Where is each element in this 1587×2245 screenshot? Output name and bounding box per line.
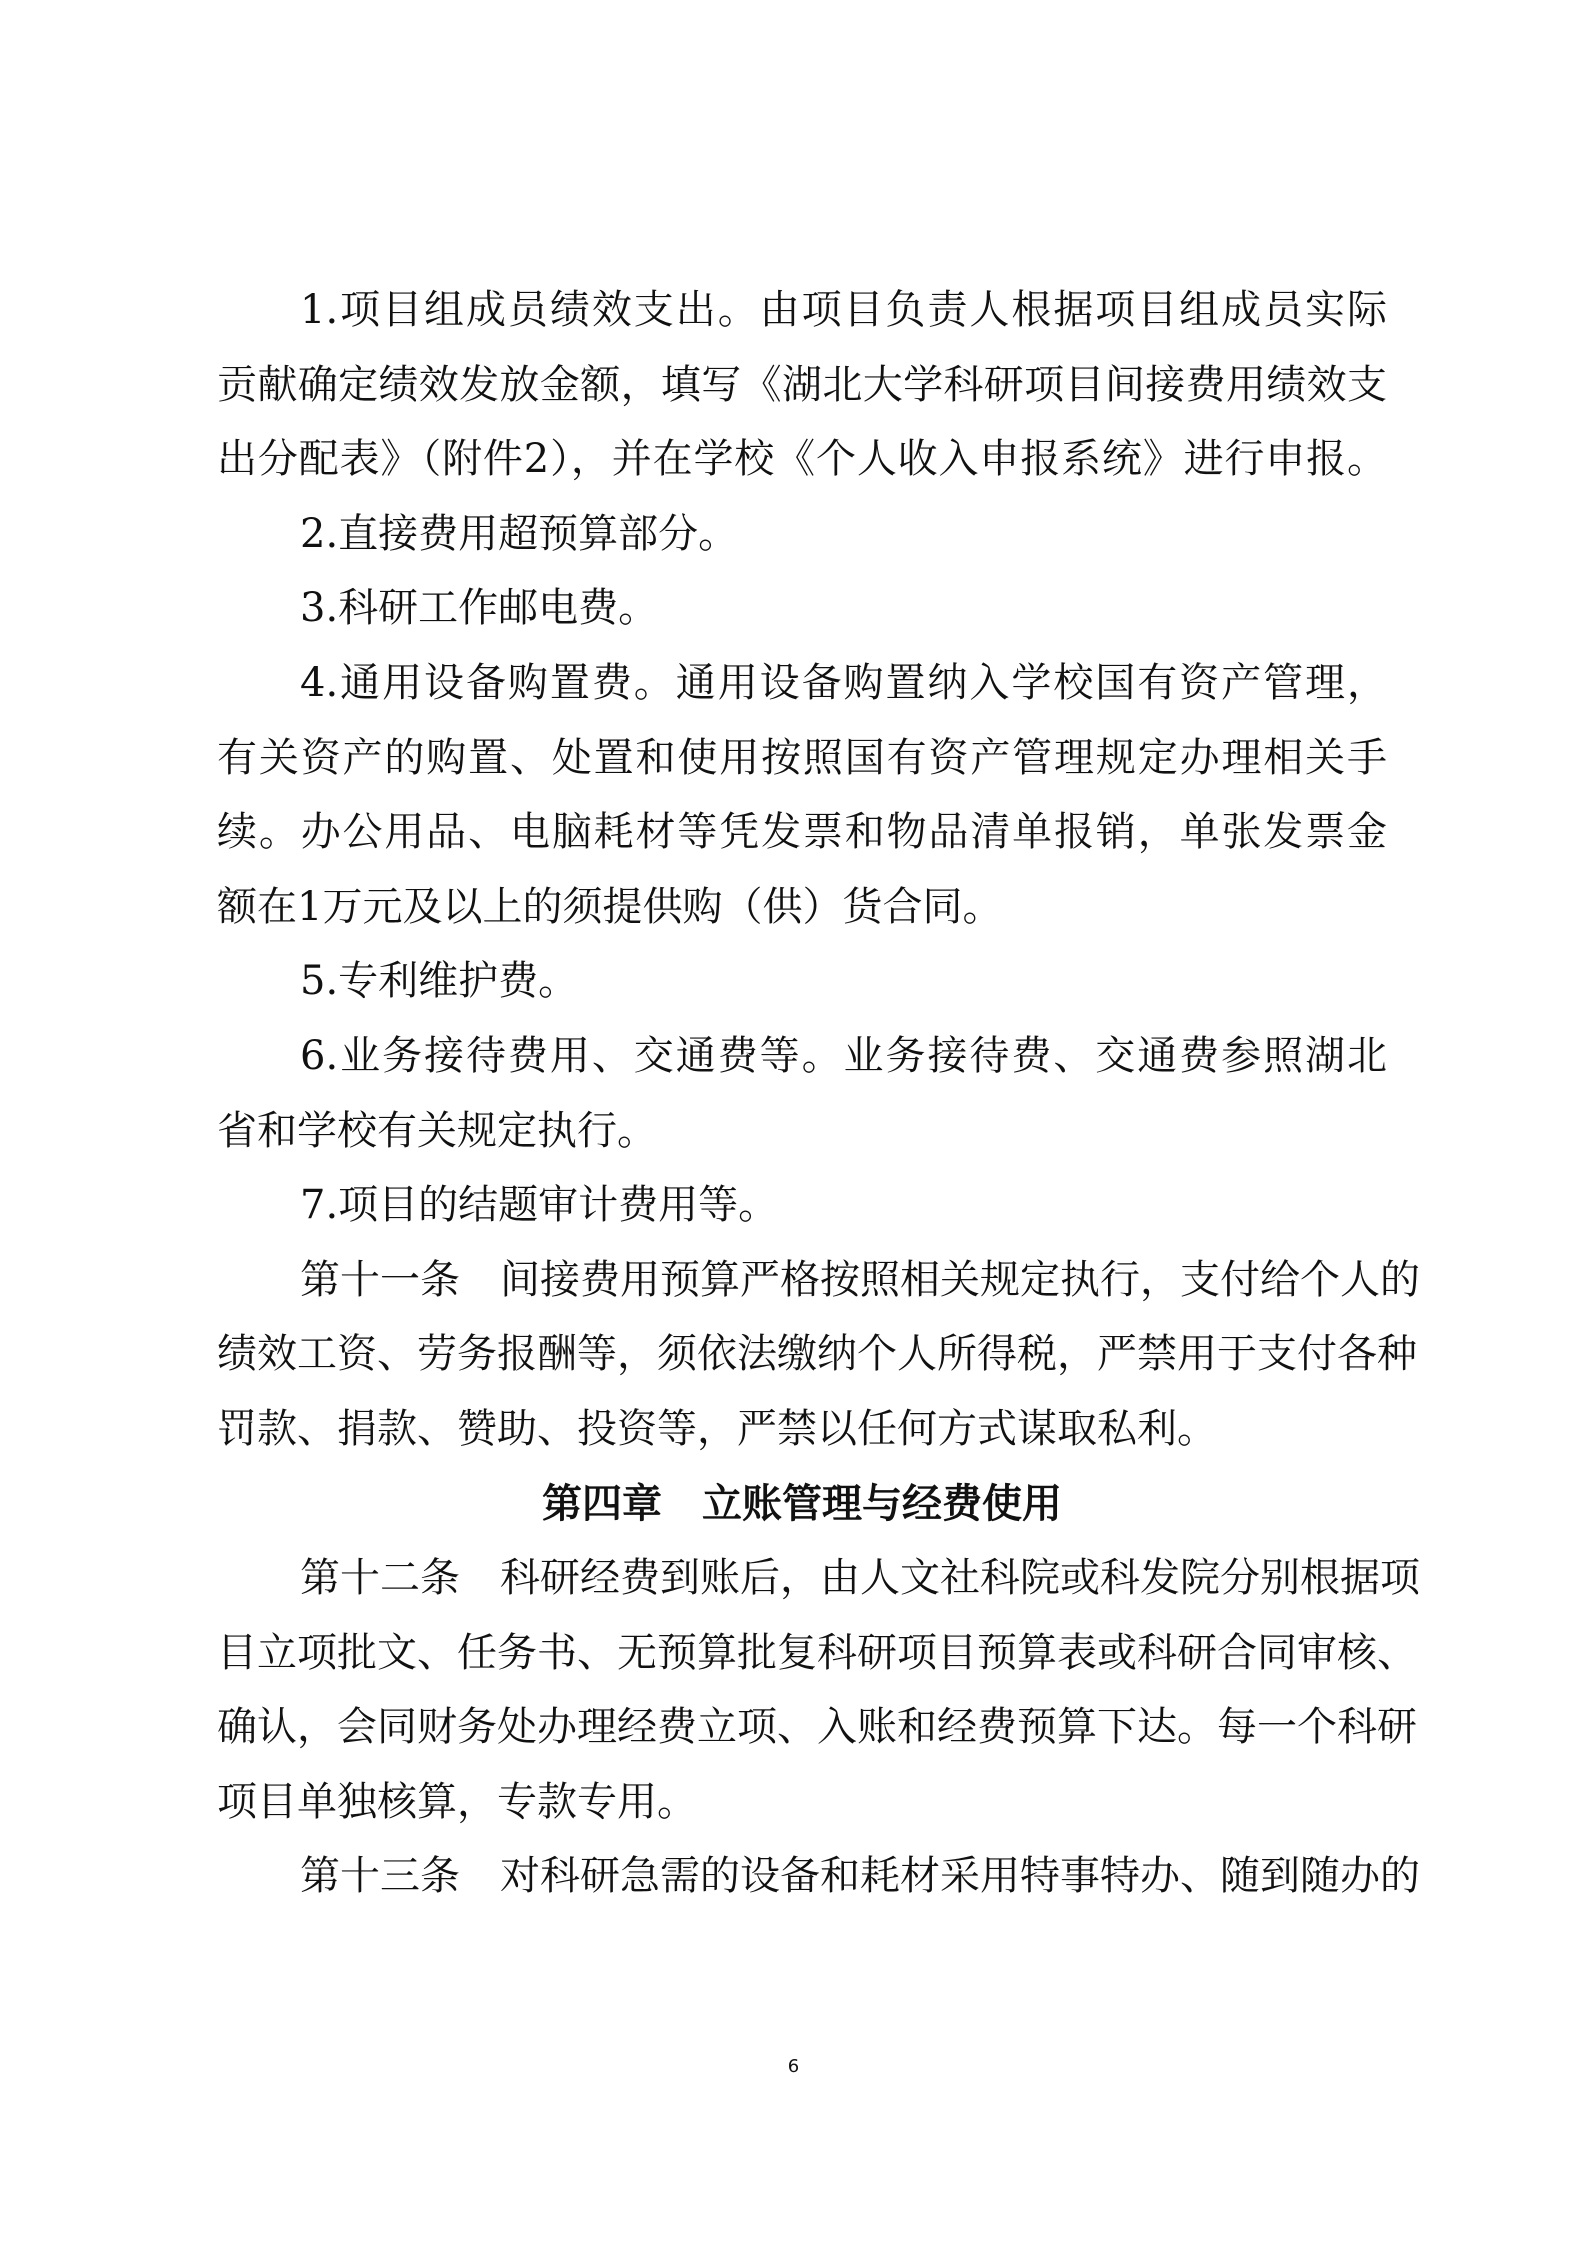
paragraph-item-4-line: 额在1万元及以上的须提供购（供）货合同。 [217,870,1387,945]
body-text: 1.项目组成员绩效支出。由项目负责人根据项目组成员实际 贡献确定绩效发放金额，填… [217,273,1387,1914]
paragraph-item-6-line: 省和学校有关规定执行。 [217,1094,1387,1169]
article-12-line: 目立项批文、任务书、无预算批复科研项目预算表或科研合同审核、 [217,1616,1387,1691]
paragraph-item-4-line: 续。办公用品、电脑耗材等凭发票和物品清单报销，单张发票金 [217,795,1387,870]
paragraph-item-6-line: 6.业务接待费用、交通费等。业务接待费、交通费参照湖北 [217,1019,1387,1094]
paragraph-item-1-line: 1.项目组成员绩效支出。由项目负责人根据项目组成员实际 [217,273,1387,348]
paragraph-item-4-line: 4.通用设备购置费。通用设备购置纳入学校国有资产管理， [217,646,1387,721]
article-13-line: 第十三条 对科研急需的设备和耗材采用特事特办、随到随办的 [217,1839,1387,1914]
article-12-line: 第十二条 科研经费到账后，由人文社科院或科发院分别根据项 [217,1541,1387,1616]
paragraph-item-7: 7.项目的结题审计费用等。 [217,1168,1387,1243]
page-number: 6 [0,2056,1587,2077]
paragraph-item-4-line: 有关资产的购置、处置和使用按照国有资产管理规定办理相关手 [217,721,1387,796]
paragraph-item-3: 3.科研工作邮电费。 [217,571,1387,646]
document-page: 1.项目组成员绩效支出。由项目负责人根据项目组成员实际 贡献确定绩效发放金额，填… [0,0,1587,2245]
chapter-heading: 第四章 立账管理与经费使用 [217,1467,1387,1542]
paragraph-item-2: 2.直接费用超预算部分。 [217,497,1387,572]
article-12-line: 项目单独核算，专款专用。 [217,1765,1387,1840]
article-11-line: 第十一条 间接费用预算严格按照相关规定执行，支付给个人的 [217,1243,1387,1318]
article-11-line: 绩效工资、劳务报酬等，须依法缴纳个人所得税，严禁用于支付各种 [217,1317,1387,1392]
article-12-line: 确认，会同财务处办理经费立项、入账和经费预算下达。每一个科研 [217,1690,1387,1765]
paragraph-item-5: 5.专利维护费。 [217,944,1387,1019]
article-11-line: 罚款、捐款、赞助、投资等，严禁以任何方式谋取私利。 [217,1392,1387,1467]
paragraph-item-1-line: 贡献确定绩效发放金额，填写《湖北大学科研项目间接费用绩效支 [217,348,1387,423]
paragraph-item-1-line: 出分配表》（附件2），并在学校《个人收入申报系统》进行申报。 [217,422,1387,497]
